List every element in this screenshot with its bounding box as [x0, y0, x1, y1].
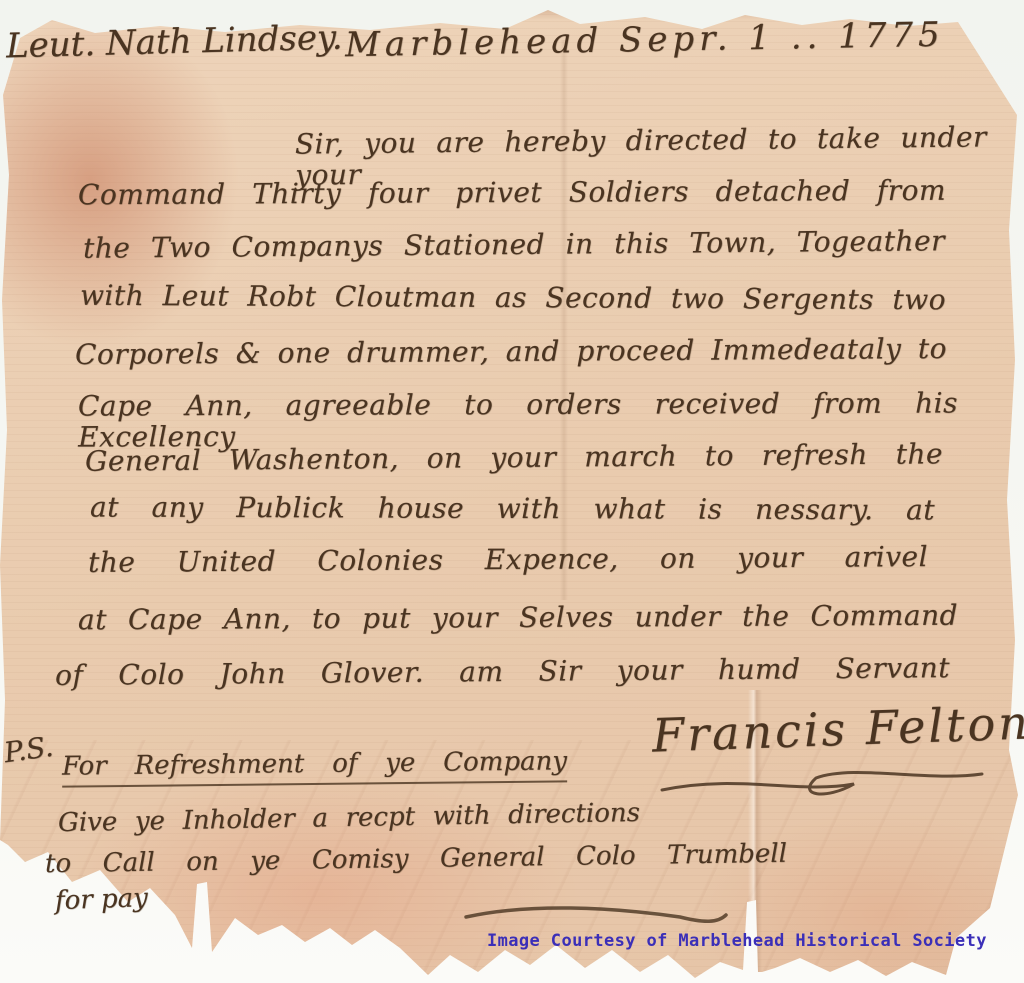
- letter-line: at Cape Ann, to put your Selves under th…: [78, 601, 958, 636]
- letter-line: the United Colonies Expence, on your ari…: [88, 542, 928, 579]
- letter-line: Command Thirty four privet Soldiers deta…: [78, 176, 946, 211]
- ps-line: for pay: [55, 883, 186, 916]
- letter-line: Corporels & one drummer, and proceed Imm…: [75, 334, 947, 371]
- signature-flourish: [658, 760, 988, 806]
- ps-line: For Refreshment of ye Company: [62, 747, 567, 787]
- credit-line: Image Courtesy of Marblehead Historical …: [487, 931, 987, 951]
- letter-line: at any Publick house with what is nessar…: [90, 493, 935, 527]
- scanned-letter-photo: Leut. Nath Lindsey. Marblehead Sepr. 1 .…: [0, 0, 1024, 983]
- ps-label: P.S.: [2, 730, 55, 770]
- ps-flourish: [460, 893, 730, 933]
- letter-line: with Leut Robt Cloutman as Second two Se…: [80, 281, 946, 316]
